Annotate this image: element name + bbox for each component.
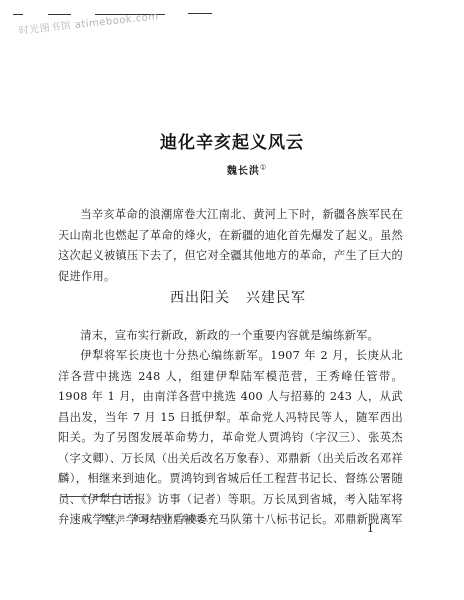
footnote-mark: ① [82, 514, 89, 523]
footnote-rule [62, 496, 90, 497]
section-heading: 西出阳关兴建民军 [0, 287, 464, 307]
section-heading-part2: 兴建民军 [246, 290, 306, 306]
footnote: ①魏长洪：新疆大学历史系教授。 [82, 513, 213, 524]
top-rule [188, 13, 212, 14]
article-author: 魏长洪① [0, 162, 464, 177]
author-name: 魏长洪 [227, 166, 260, 177]
footnote-text: 魏长洪：新疆大学历史系教授。 [101, 514, 213, 523]
intro-paragraph: 当辛亥革命的浪潮席卷大江南北、黄河上下时，新疆各族军民在天山南北也燃起了革命的烽… [58, 205, 403, 287]
footnote-rule [94, 496, 138, 497]
article-title: 迪化辛亥起义风云 [0, 128, 464, 153]
watermark: 时光图书馆 atimebook.com [18, 7, 159, 37]
author-footnote-mark[interactable]: ① [260, 164, 267, 172]
body-paragraph: 清末，宣布实行新政，新政的一个重要内容就是编练新军。 [58, 326, 403, 347]
page-number: 1 [367, 522, 374, 535]
top-rule [13, 14, 23, 15]
section-heading-part1: 西出阳关 [170, 290, 230, 306]
top-rule [48, 14, 71, 15]
body-paragraph: 伊犁将军长庚也十分热心编练新军。1907 年 2 月，长庚从北洋各营中挑选 24… [58, 346, 403, 531]
